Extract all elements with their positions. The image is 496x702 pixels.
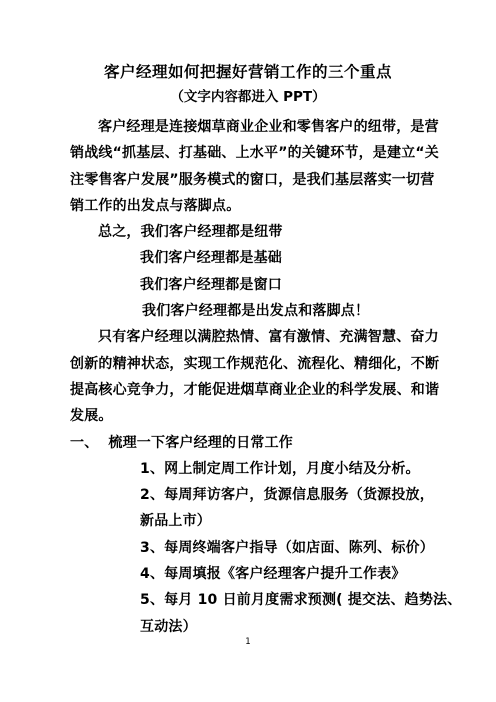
paragraph-line: 客户经理是连接烟草商业企业和零售客户的纽带，是营 [70,114,426,140]
daily-work-list: 1、网上制定周工作计划，月度小结及分析。 2、每周拜访客户，货源信息服务（货源投… [70,456,426,640]
document-subtitle: （文字内容都进入 PPT） [0,87,496,107]
section-heading: 一、梳理一下客户经理的日常工作 [70,430,426,456]
paragraph-line: 只有客户经理以满腔热情、富有激情、充满智慧、奋力 [70,324,426,350]
document-title: 客户经理如何把握好营销工作的三个重点 [0,0,496,83]
paragraph-line: 注零售客户发展”服务模式的窗口，是我们基层落实一切营 [70,167,426,193]
document-body: 客户经理是连接烟草商业企业和零售客户的纽带，是营 销战线“抓基层、打基础、上水平… [70,114,426,640]
summary-line: 我们客户经理都是基础 [70,245,426,271]
paragraph-line: 创新的精神状态，实现工作规范化、流程化、精细化，不断 [70,351,426,377]
paragraph-intro: 客户经理是连接烟草商业企业和零售客户的纽带，是营 销战线“抓基层、打基础、上水平… [70,114,426,219]
list-item-line: 1、网上制定周工作计划，月度小结及分析。 [70,456,426,482]
summary-line: 我们客户经理都是窗口 [70,272,426,298]
paragraph-line: 提高核心竞争力，才能促进烟草商业企业的科学发展、和谐 [70,377,426,403]
page-number: 1 [0,636,496,648]
section-heading-text: 梳理一下客户经理的日常工作 [108,435,293,451]
paragraph-line: 销工作的出发点与落脚点。 [70,193,426,219]
document-page: 客户经理如何把握好营销工作的三个重点 （文字内容都进入 PPT） 客户经理是连接… [0,0,496,702]
paragraph-spirit: 只有客户经理以满腔热情、富有激情、充满智慧、奋力 创新的精神状态，实现工作规范化… [70,324,426,429]
summary-line: 我们客户经理都是出发点和落脚点！ [70,298,426,324]
list-item-line: 4、每周填报《客户经理客户提升工作表》 [70,561,426,587]
summary-lead-line: 总之，我们客户经理都是纽带 [70,219,426,245]
paragraph-line: 销战线“抓基层、打基础、上水平”的关键环节，是建立“关 [70,140,426,166]
list-item-line: 新品上市） [70,508,426,534]
section-number: 一、 [70,435,98,451]
list-item-line: 2、每周拜访客户，货源信息服务（货源投放， [70,482,426,508]
list-item-line: 3、每周终端客户指导（如店面、陈列、标价） [70,535,426,561]
paragraph-line: 发展。 [70,403,426,429]
list-item-line: 5、每月 10 日前月度需求预测( 提交法、趋势法、 [70,587,426,613]
summary-block: 总之，我们客户经理都是纽带 我们客户经理都是基础 我们客户经理都是窗口 我们客户… [70,219,426,324]
